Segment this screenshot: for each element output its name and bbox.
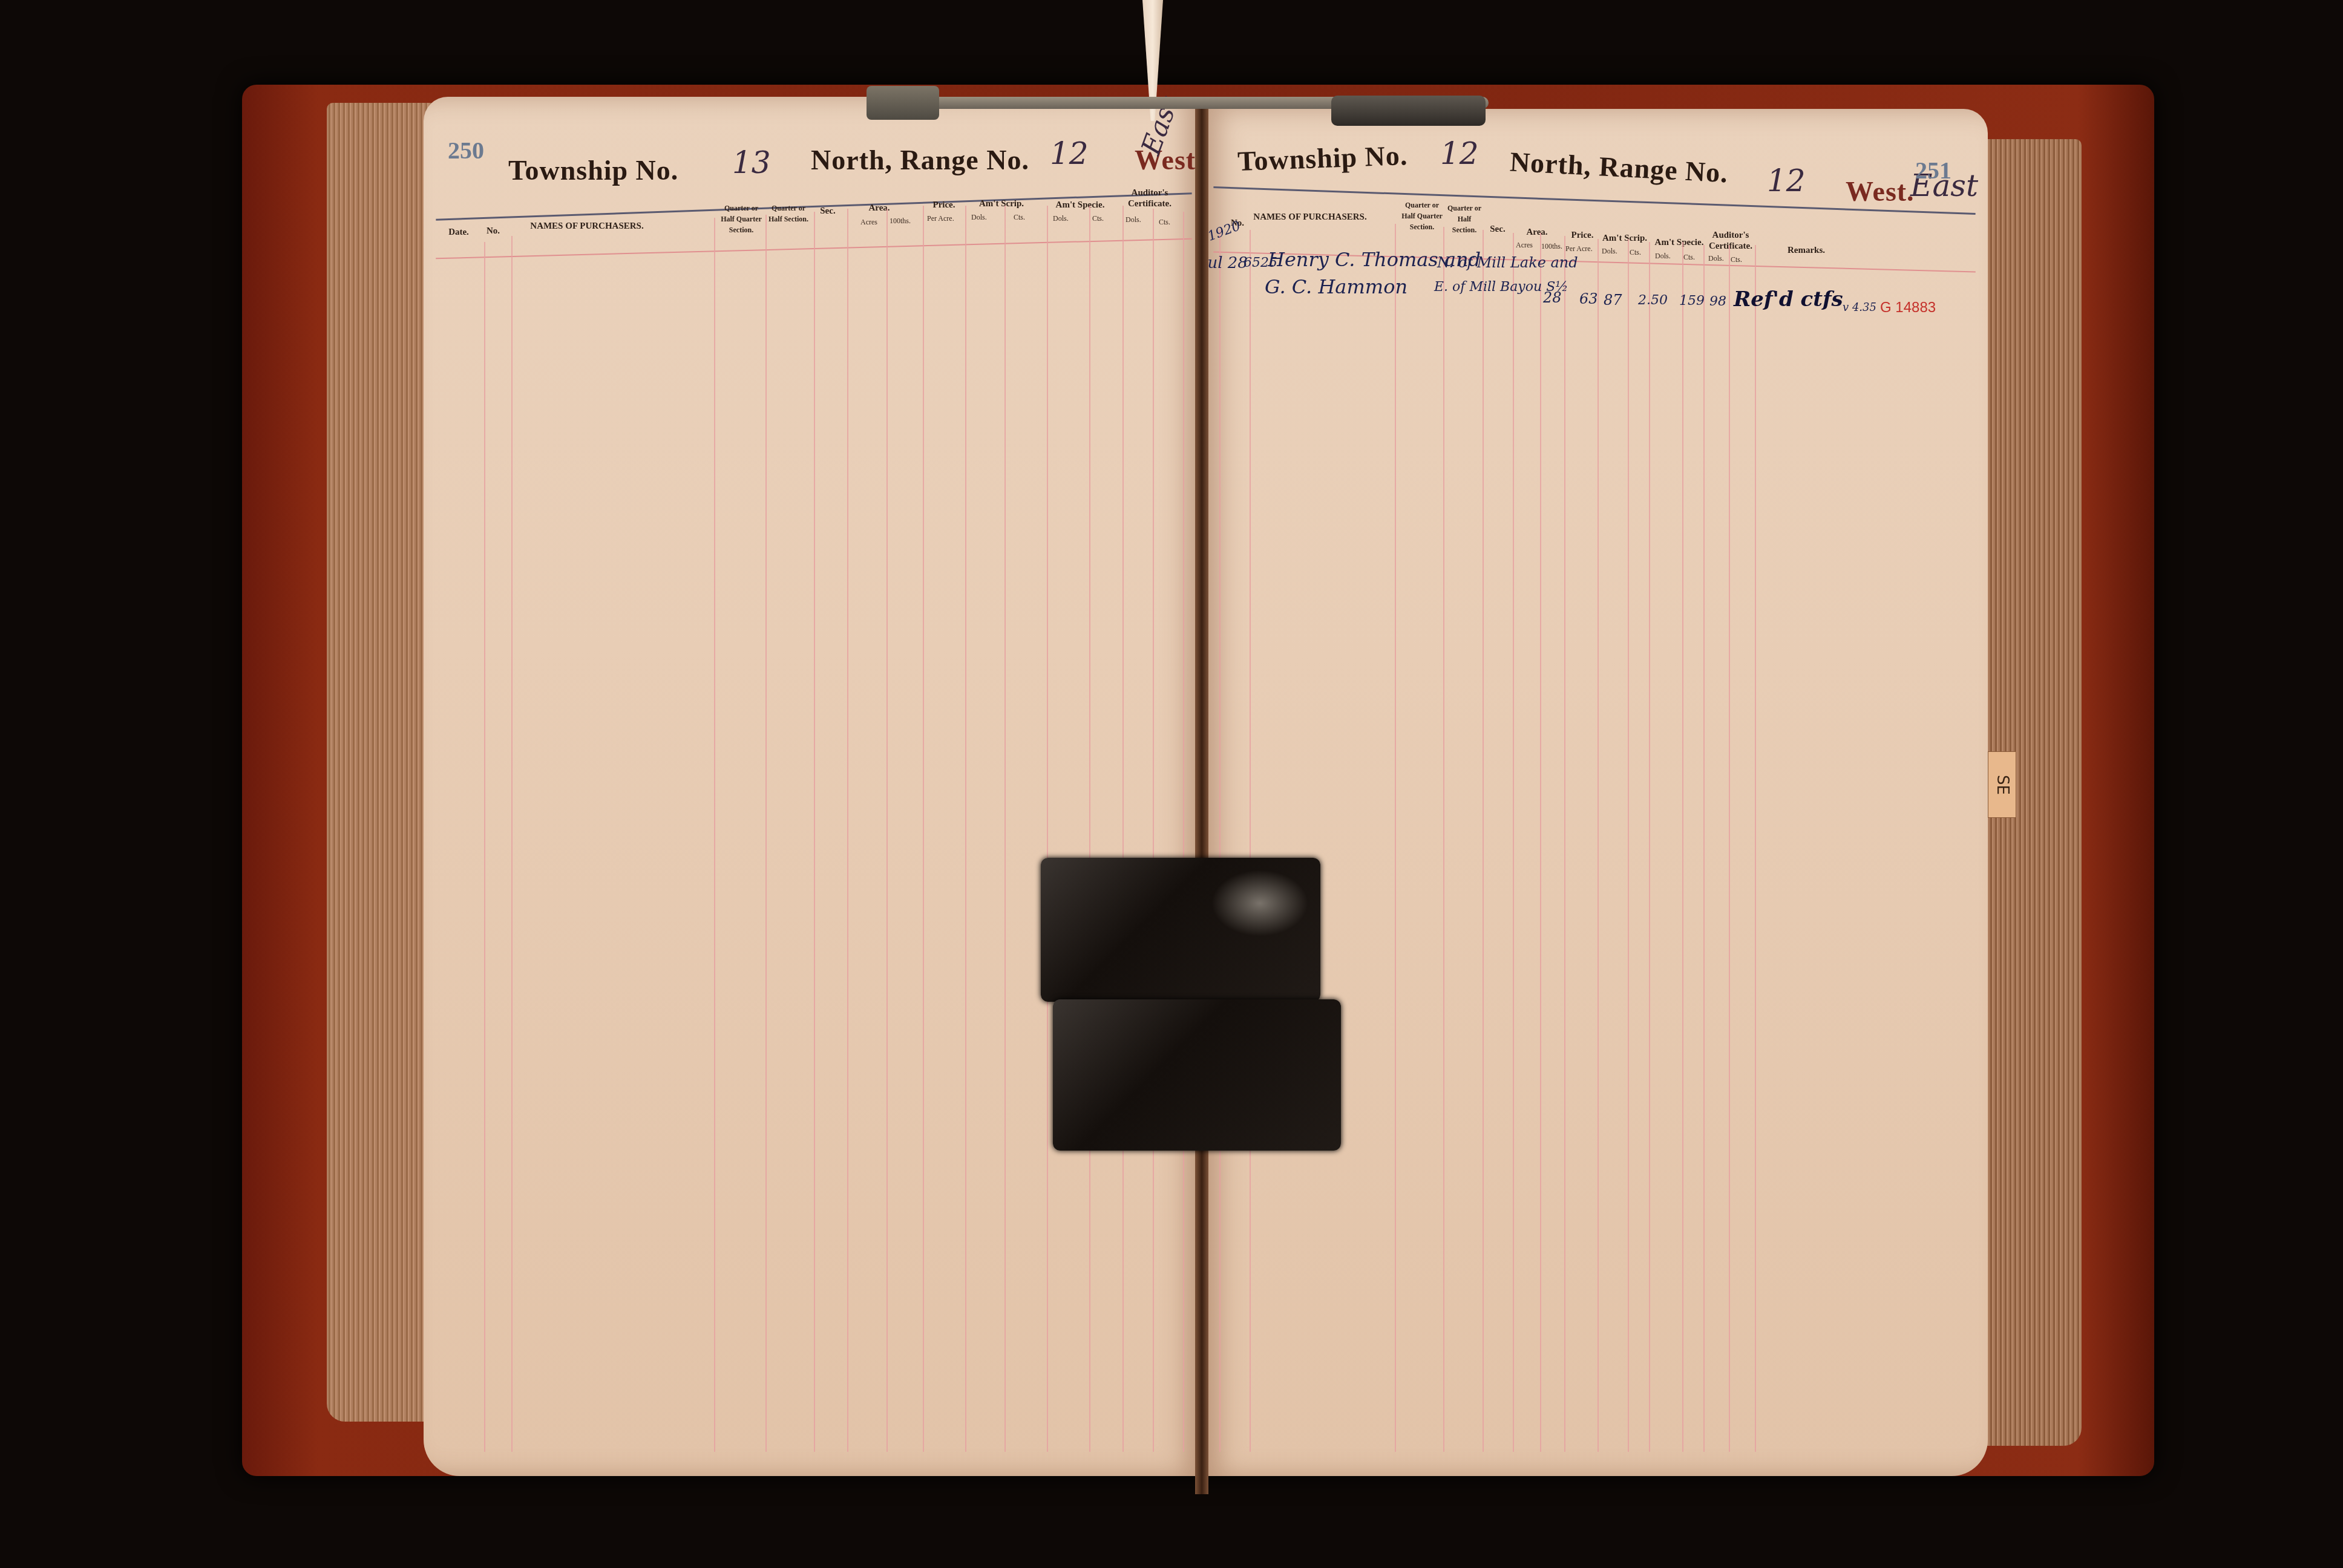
col-certificate-cts: Cts. <box>1731 255 1742 264</box>
entry-sec: 28 <box>1543 289 1562 306</box>
col-area-acres: Acres <box>860 218 877 227</box>
column-line <box>847 209 848 1452</box>
col-area: Area. <box>1519 227 1555 238</box>
column-line <box>1089 206 1090 1452</box>
col-quarter-half: Quarter or Half Section. <box>1446 203 1483 235</box>
col-scrip-dols: Dols. <box>971 213 987 222</box>
column-line <box>1183 212 1184 1452</box>
spatula-end-left <box>867 86 939 120</box>
col-certificate-cts: Cts. <box>1159 218 1170 227</box>
col-specie-dols: Dols. <box>1053 214 1069 223</box>
column-line <box>1755 245 1756 1452</box>
direction-printed: West. <box>1846 175 1915 207</box>
col-price-per-acre: Per Acre. <box>1565 244 1593 253</box>
col-price-per-acre: Per Acre. <box>927 214 954 223</box>
range-number: 12 <box>1050 136 1089 171</box>
book-weight-bottom[interactable] <box>1053 999 1341 1151</box>
col-date: Date. <box>441 227 477 238</box>
township-number: 13 <box>732 145 771 180</box>
entry-purchasers-line2: G. C. Hammon <box>1265 275 1407 298</box>
column-line <box>1649 242 1650 1452</box>
entry-specie-note: Ref'd ctfs <box>1734 287 1843 312</box>
column-line <box>1703 245 1705 1452</box>
ledger-page-right: Township No. 12 North, Range No. 12 West… <box>1201 109 1988 1476</box>
col-quarter-half: Quarter or Half Section. <box>767 203 810 224</box>
col-area-acres: Acres <box>1516 241 1533 250</box>
col-specie: Am't Specie. <box>1652 237 1706 248</box>
range-number: 12 <box>1767 163 1806 198</box>
column-line <box>814 212 815 1452</box>
col-scrip: Am't Scrip. <box>968 198 1035 209</box>
page-number: 250 <box>448 136 484 165</box>
col-area-hundredths: 100ths. <box>1541 242 1562 251</box>
column-line <box>1443 227 1444 1452</box>
entry-price: 2.50 <box>1638 293 1668 308</box>
entry-year: 1920 <box>1205 218 1242 244</box>
col-no: No. <box>481 226 505 237</box>
column-line <box>923 206 924 1452</box>
column-line <box>1729 245 1730 1452</box>
col-auditor-certificate: Auditor's Certificate. <box>1122 188 1177 209</box>
col-specie-cts: Cts. <box>1683 253 1695 262</box>
column-line <box>1682 242 1683 1452</box>
township-number: 12 <box>1440 136 1479 171</box>
col-purchasers: NAMES OF PURCHASERS. <box>514 221 660 232</box>
entry-scrip-dols: 159 <box>1679 293 1705 309</box>
column-line <box>1540 233 1541 1452</box>
col-area-hundredths: 100ths. <box>890 217 911 226</box>
column-line <box>714 218 715 1452</box>
col-quarter-half-quarter: Quarter or Half Quarter Section. <box>717 203 765 235</box>
col-sec: Sec. <box>1486 224 1510 235</box>
entry-acres: 63 <box>1579 290 1598 307</box>
column-line <box>1513 233 1514 1452</box>
north-range-label: North, Range No. <box>1509 146 1729 189</box>
column-line <box>1395 224 1396 1452</box>
col-specie-dols: Dols. <box>1655 252 1671 261</box>
column-line <box>1628 239 1629 1452</box>
spatula-end-right <box>1331 96 1486 126</box>
column-line <box>511 236 513 1452</box>
col-price: Price. <box>926 200 962 211</box>
book-weight-top[interactable] <box>1041 858 1320 1002</box>
column-line <box>886 209 888 1452</box>
col-price: Price. <box>1567 230 1597 241</box>
entry-hundredths: 87 <box>1604 292 1622 309</box>
column-line <box>1153 209 1154 1452</box>
ledger-page-left: 250 Township No. 13 North, Range No. 12 … <box>424 97 1204 1476</box>
col-remarks: Remarks. <box>1776 245 1837 256</box>
entry-description-line1: N. of Mill Lake and <box>1437 254 1578 271</box>
column-line <box>1047 206 1048 1452</box>
township-label: Township No. <box>508 154 678 186</box>
book-gutter <box>1195 103 1208 1494</box>
north-range-label: North, Range No. <box>811 144 1029 176</box>
column-line <box>765 215 767 1452</box>
column-line <box>1122 206 1124 1452</box>
col-scrip-cts: Cts. <box>1630 248 1641 257</box>
column-line <box>1483 230 1484 1452</box>
col-scrip-dols: Dols. <box>1602 247 1617 256</box>
col-certificate-dols: Dols. <box>1126 215 1141 224</box>
column-line <box>1004 206 1006 1452</box>
column-line <box>1564 236 1565 1452</box>
index-tab[interactable]: SE <box>1988 751 2016 818</box>
col-specie-cts: Cts. <box>1092 214 1104 223</box>
col-area: Area. <box>858 203 900 214</box>
col-certificate-dols: Dols. <box>1708 254 1724 263</box>
column-line <box>1250 230 1251 1452</box>
col-scrip-cts: Cts. <box>1014 213 1025 222</box>
column-line <box>965 206 966 1452</box>
entry-certificate-note: v 4.35 <box>1843 301 1876 314</box>
col-auditor-certificate: Auditor's Certificate. <box>1706 230 1755 252</box>
column-line <box>1219 230 1221 1452</box>
col-quarter-half-quarter: Quarter or Half Quarter Section. <box>1401 200 1443 232</box>
column-line <box>1597 239 1599 1452</box>
col-sec: Sec. <box>816 206 840 217</box>
col-purchasers: NAMES OF PURCHASERS. <box>1250 212 1371 223</box>
township-label: Township No. <box>1237 139 1408 177</box>
page-number: 251 <box>1915 156 1951 185</box>
col-specie: Am't Specie. <box>1044 200 1116 211</box>
column-line <box>484 242 485 1452</box>
col-scrip: Am't Scrip. <box>1601 233 1649 244</box>
entry-remarks: G 14883 <box>1880 299 1936 316</box>
entry-scrip-cts: 98 <box>1709 294 1726 309</box>
